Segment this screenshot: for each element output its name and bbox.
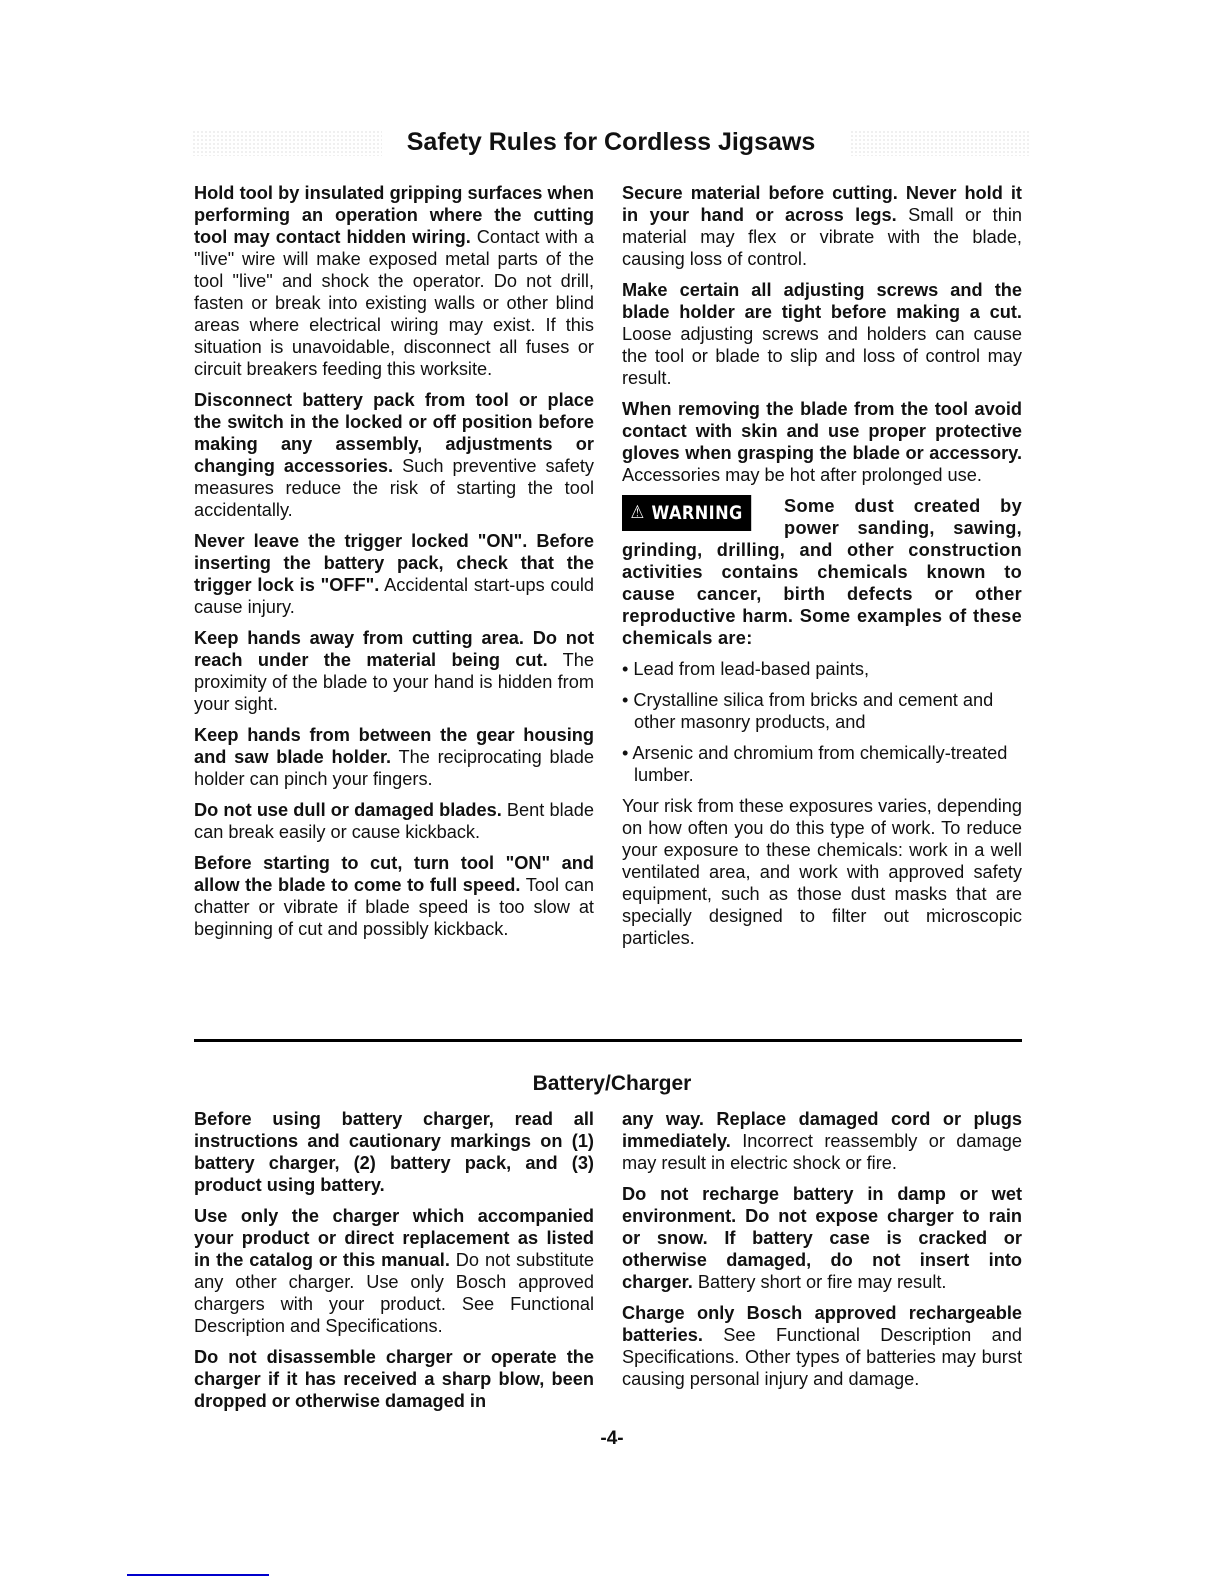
rule-paragraph: Do not recharge battery in damp or wet e… [622, 1183, 1022, 1293]
list-item: • Crystalline silica from bricks and cem… [622, 689, 1022, 733]
rule-paragraph: When removing the blade from the tool av… [622, 398, 1022, 486]
warning-paragraph: ⚠WARNINGSome dust created by power sandi… [622, 495, 1022, 649]
rule-paragraph: Make certain all adjusting screws and th… [622, 279, 1022, 389]
page-title: Safety Rules for Cordless Jigsaws [401, 128, 821, 157]
rule-paragraph: Secure material before cutting. Never ho… [622, 182, 1022, 270]
rule-paragraph: Keep hands from between the gear housing… [194, 724, 594, 790]
rule-paragraph: Keep hands away from cutting area. Do no… [194, 627, 594, 715]
warning-closing-paragraph: Your risk from these exposures varies, d… [622, 795, 1022, 949]
jigsaw-rules-right-column: Secure material before cutting. Never ho… [622, 182, 1022, 958]
rule-paragraph: Never leave the trigger locked "ON". Bef… [194, 530, 594, 618]
rule-paragraph: Charge only Bosch approved rechargeable … [622, 1302, 1022, 1390]
battery-rules-left-column: Before using battery charger, read all i… [194, 1108, 594, 1421]
warning-badge: ⚠WARNING [622, 495, 751, 531]
battery-rules-right-column: any way. Replace damaged cord or plugs i… [622, 1108, 1022, 1399]
rule-paragraph: Disconnect battery pack from tool or pla… [194, 389, 594, 521]
rule-paragraph: any way. Replace damaged cord or plugs i… [622, 1108, 1022, 1174]
section-header: Safety Rules for Cordless Jigsaws [192, 122, 1030, 162]
header-dot-pattern-right [850, 130, 1030, 156]
rule-paragraph: Do not disassemble charger or operate th… [194, 1346, 594, 1412]
blue-underline-mark [127, 1574, 269, 1576]
battery-section-title: Battery/Charger [0, 1072, 1224, 1096]
header-dot-pattern-left [192, 130, 382, 156]
chemical-examples-list: • Lead from lead-based paints, • Crystal… [622, 658, 1022, 786]
list-item: • Lead from lead-based paints, [622, 658, 1022, 680]
rule-paragraph: Before starting to cut, turn tool "ON" a… [194, 852, 594, 940]
rule-paragraph: Hold tool by insulated gripping surfaces… [194, 182, 594, 380]
jigsaw-rules-left-column: Hold tool by insulated gripping surfaces… [194, 182, 594, 949]
rule-paragraph: Do not use dull or damaged blades. Bent … [194, 799, 594, 843]
rule-paragraph: Before using battery charger, read all i… [194, 1108, 594, 1196]
warning-triangle-icon: ⚠ [631, 502, 645, 524]
page-number: -4- [0, 1428, 1224, 1450]
list-item: • Arsenic and chromium from chemically-t… [622, 742, 1022, 786]
rule-paragraph: Use only the charger which accompanied y… [194, 1205, 594, 1337]
section-divider [194, 1039, 1022, 1042]
